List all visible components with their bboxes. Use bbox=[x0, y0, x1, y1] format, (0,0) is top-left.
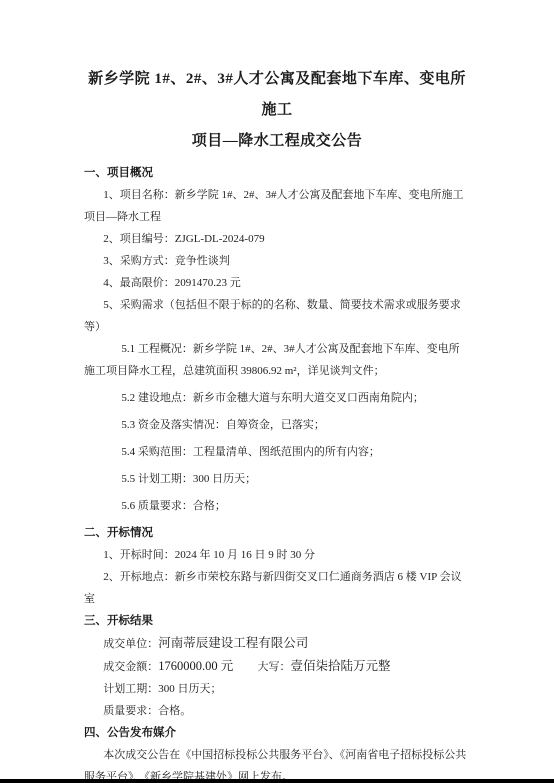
bottom-edge-bar bbox=[0, 779, 554, 783]
project-number-line: 2、项目编号：ZJGL-DL-2024-079 bbox=[84, 228, 470, 250]
amount-words-label: 大写： bbox=[257, 661, 290, 673]
max-price-line: 4、最高限价：2091470.23 元 bbox=[84, 272, 470, 294]
section-heading-bid-opening: 二、开标情况 bbox=[84, 522, 470, 544]
document-title-line2: 项目—降水工程成交公告 bbox=[84, 126, 470, 157]
project-name-line: 1、项目名称：新乡学院 1#、2#、3#人才公寓及配套地下车库、变电所施工项目—… bbox=[84, 184, 470, 228]
procurement-method-line: 3、采购方式：竞争性谈判 bbox=[84, 250, 470, 272]
amount-label: 成交金额： bbox=[103, 661, 158, 673]
document-title: 新乡学院 1#、2#、3#人才公寓及配套地下车库、变电所施工 项目—降水工程成交… bbox=[84, 64, 470, 157]
bid-opening-place-line: 2、开标地点：新乡市荣校东路与新四街交叉口仁通商务酒店 6 楼 VIP 会议室 bbox=[84, 566, 470, 610]
result-duration-line: 计划工期：300 日历天； bbox=[84, 678, 470, 700]
bid-opening-time-line: 1、开标时间：2024 年 10 月 16 日 9 时 30 分 bbox=[84, 544, 470, 566]
quality-requirement-line: 5.6 质量要求：合格； bbox=[84, 495, 470, 517]
project-summary-line: 5.1 工程概况：新乡学院 1#、2#、3#人才公寓及配套地下车库、变电所施工项… bbox=[84, 338, 470, 382]
winner-label: 成交单位： bbox=[103, 638, 158, 650]
document-content: 新乡学院 1#、2#、3#人才公寓及配套地下车库、变电所施工 项目—降水工程成交… bbox=[0, 0, 554, 783]
section-heading-announcement-media: 四、公告发布媒介 bbox=[84, 722, 470, 744]
procurement-scope-line: 5.4 采购范围：工程量清单、图纸范围内的所有内容； bbox=[84, 441, 470, 463]
amount-line: 成交金额：1760000.00 元大写：壹佰柒拾陆万元整 bbox=[84, 655, 470, 678]
document-page: 新乡学院 1#、2#、3#人才公寓及配套地下车库、变电所施工 项目—降水工程成交… bbox=[0, 0, 554, 783]
procurement-demand-line: 5、采购需求（包括但不限于标的的名称、数量、简要技术需求或服务要求等） bbox=[84, 294, 470, 338]
construction-site-line: 5.2 建设地点：新乡市金穗大道与东明大道交叉口西南角院内； bbox=[84, 387, 470, 409]
section-heading-bid-result: 三、开标结果 bbox=[84, 610, 470, 632]
amount-words-value: 壹佰柒拾陆万元整 bbox=[290, 659, 390, 673]
amount-value: 1760000.00 元 bbox=[158, 659, 233, 673]
winner-line: 成交单位：河南蒂辰建设工程有限公司 bbox=[84, 632, 470, 655]
document-title-line1: 新乡学院 1#、2#、3#人才公寓及配套地下车库、变电所施工 bbox=[84, 64, 470, 126]
winner-value: 河南蒂辰建设工程有限公司 bbox=[158, 636, 308, 650]
result-quality-line: 质量要求：合格。 bbox=[84, 700, 470, 722]
planned-duration-line: 5.5 计划工期：300 日历天； bbox=[84, 468, 470, 490]
funding-status-line: 5.3 资金及落实情况：自筹资金，已落实； bbox=[84, 414, 470, 436]
announcement-media-body: 本次成交公告在《中国招标投标公共服务平台》、《河南省电子招标投标公共服务平台》、… bbox=[84, 744, 470, 783]
section-heading-project-overview: 一、项目概况 bbox=[84, 162, 470, 184]
